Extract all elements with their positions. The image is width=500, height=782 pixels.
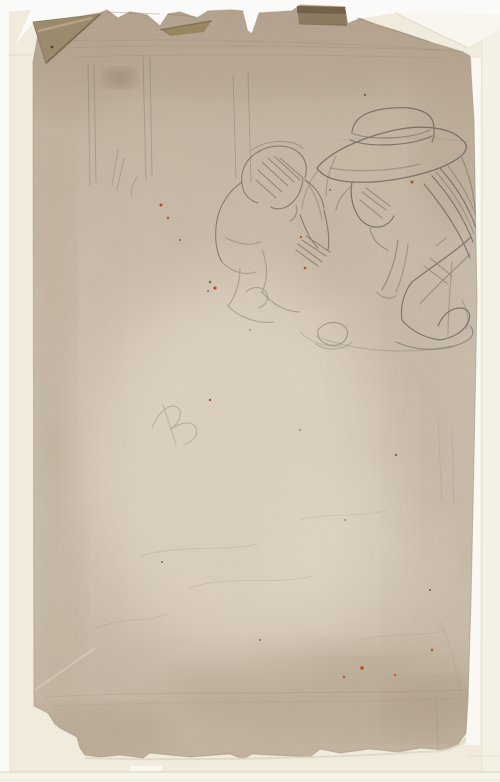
white-backing-left (0, 0, 9, 782)
stain-left-column-2 (36, 420, 84, 700)
drawing-sheet (20, 0, 500, 782)
artwork-photo (0, 0, 500, 782)
fold-tab-dark-edge (297, 6, 346, 14)
light-mid-wash (260, 480, 440, 640)
stain-left-column (30, 120, 74, 480)
stain-spot (104, 68, 136, 88)
mount-scuff-mark (130, 766, 162, 771)
corner-flap-hole (51, 46, 54, 49)
paper-aging (20, 0, 500, 782)
mount-right-sheet (482, 18, 500, 774)
artwork-canvas (0, 0, 500, 782)
